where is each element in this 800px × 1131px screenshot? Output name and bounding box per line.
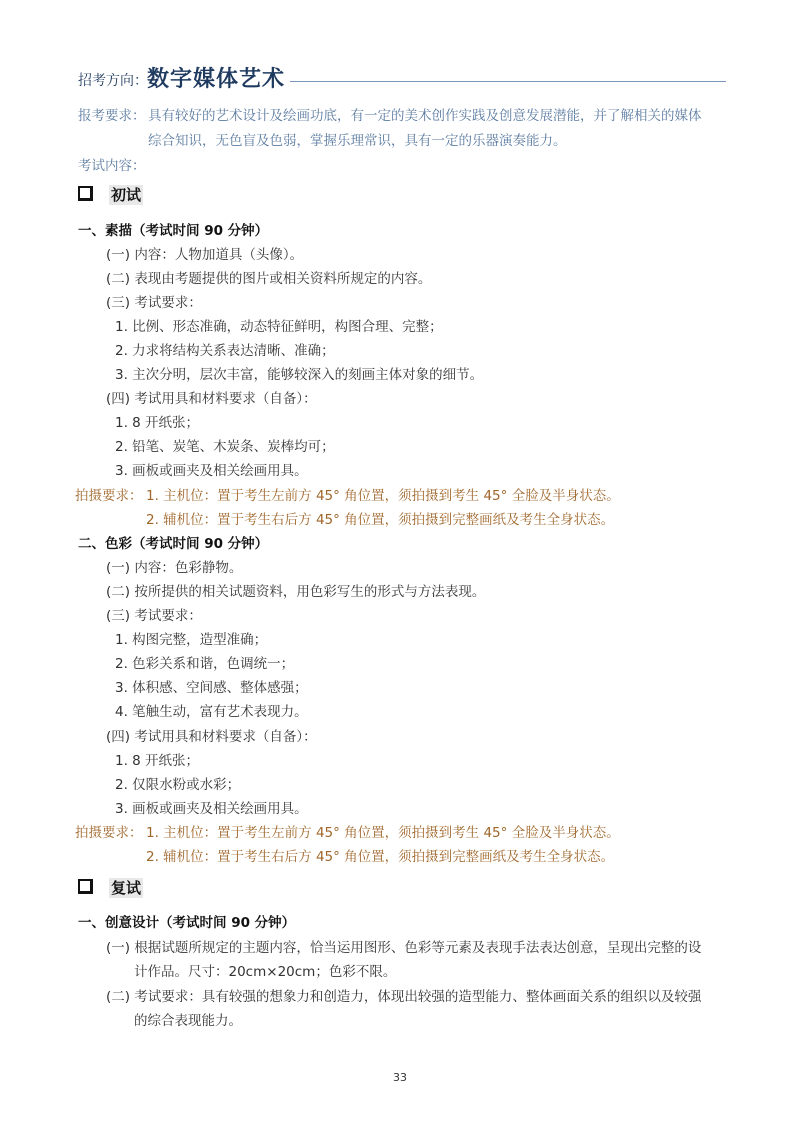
requirements-text-line1: 具有较好的艺术设计及绘画功底，有一定的美术创作实践及创意发展潜能，并了解相关的媒…: [148, 104, 702, 124]
sketch-requirement: 3. 主次分明，层次丰富，能够较深入的刻画主体对象的细节。: [115, 363, 483, 383]
color-heading: 二、色彩（考试时间 90 分钟）: [78, 532, 268, 552]
creative-item2-line1: (二) 考试要求：具有较强的想象力和创造力，体现出较强的造型能力、整体画面关系的…: [106, 985, 701, 1005]
color-requirement: 3. 体积感、空间感、整体感强；: [115, 676, 308, 696]
creative-item1-line2: 计作品。尺寸：20cm×20cm；色彩不限。: [134, 960, 396, 980]
section-retest: 复试: [78, 877, 143, 898]
creative-item2-line2: 的综合表现能力。: [134, 1009, 242, 1029]
title-rule: [290, 81, 726, 82]
color-material: 1. 8 开纸张；: [115, 749, 199, 769]
sketch-item: (三) 考试要求：: [106, 291, 202, 311]
requirements-label: 报考要求：: [78, 104, 146, 124]
color-requirement: 1. 构图完整，造型准确；: [115, 628, 267, 648]
sketch-material: 1. 8 开纸张；: [115, 411, 199, 431]
sketch-requirement: 2. 力求将结构关系表达清晰、准确；: [115, 339, 335, 359]
sketch-item: (一) 内容：人物加道具（头像）。: [106, 243, 303, 263]
exam-content-label: 考试内容：: [78, 154, 146, 174]
page-number: 33: [0, 1071, 800, 1084]
color-item: (三) 考试要求：: [106, 604, 202, 624]
checkbox-square-icon: [78, 879, 93, 894]
requirements-text-line2: 综合知识，无色盲及色弱，掌握乐理常识，具有一定的乐器演奏能力。: [148, 129, 567, 149]
color-material: 3. 画板或画夹及相关绘画用具。: [115, 797, 308, 817]
sketch-requirement: 1. 比例、形态准确，动态特征鲜明，构图合理、完整；: [115, 315, 443, 335]
color-requirement: 2. 色彩关系和谐，色调统一；: [115, 652, 294, 672]
sketch-item: (二) 表现由考题提供的图片或相关资料所规定的内容。: [106, 267, 431, 287]
section-title: 初试: [109, 185, 143, 205]
color-requirement: 4. 笔触生动，富有艺术表现力。: [115, 700, 308, 720]
color-filming-item: 1. 主机位：置于考生左前方 45° 角位置，须拍摄到考生 45° 全脸及半身状…: [146, 821, 620, 841]
color-materials-heading: (四) 考试用具和材料要求（自备）：: [106, 725, 317, 745]
sketch-heading: 一、素描（考试时间 90 分钟）: [78, 219, 268, 239]
sketch-material: 3. 画板或画夹及相关绘画用具。: [115, 459, 308, 479]
direction-label: 招考方向：: [78, 70, 148, 90]
color-item: (一) 内容：色彩静物。: [106, 556, 242, 576]
sketch-filming-item: 1. 主机位：置于考生左前方 45° 角位置，须拍摄到考生 45° 全脸及半身状…: [146, 484, 620, 504]
direction-title: 数字媒体艺术: [147, 62, 285, 93]
section-title: 复试: [109, 878, 143, 898]
creative-heading: 一、创意设计（考试时间 90 分钟）: [78, 911, 295, 931]
checkbox-square-icon: [78, 186, 93, 201]
section-preliminary: 初试: [78, 184, 143, 205]
creative-item1-line1: (一) 根据试题所规定的主题内容，恰当运用图形、色彩等元素及表现手法表达创意，呈…: [106, 936, 701, 956]
sketch-materials-heading: (四) 考试用具和材料要求（自备）：: [106, 387, 317, 407]
color-material: 2. 仅限水粉或水彩；: [115, 773, 240, 793]
color-item: (二) 按所提供的相关试题资料，用色彩写生的形式与方法表现。: [106, 580, 485, 600]
color-filming-label: 拍摄要求：: [75, 821, 143, 841]
sketch-material: 2. 铅笔、炭笔、木炭条、炭棒均可；: [115, 435, 335, 455]
sketch-filming-label: 拍摄要求：: [75, 484, 143, 504]
sketch-filming-item: 2. 辅机位：置于考生右后方 45° 角位置，须拍摄到完整画纸及考生全身状态。: [146, 508, 614, 528]
document-page: 招考方向： 数字媒体艺术 报考要求： 具有较好的艺术设计及绘画功底，有一定的美术…: [0, 0, 800, 1131]
color-filming-item: 2. 辅机位：置于考生右后方 45° 角位置，须拍摄到完整画纸及考生全身状态。: [146, 845, 614, 865]
